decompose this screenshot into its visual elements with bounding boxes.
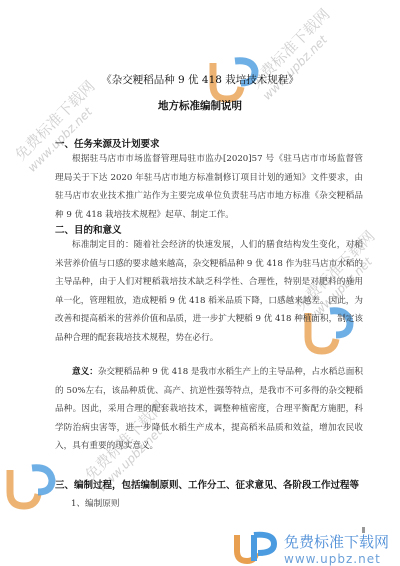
footer-site-text: 免费标准下载网 www.upbz.net: [284, 531, 389, 566]
up-logo-icon: [2, 460, 57, 515]
significance-label: 意义：: [72, 367, 98, 377]
footer-site-name: 免费标准下载网: [284, 531, 389, 552]
footer-site-url: www.upbz.net: [284, 552, 389, 566]
footer-site-logo: 免费标准下载网 www.upbz.net: [232, 531, 398, 565]
document-page: 免费标准下载网 www.upbz.net 免费标准下载网 www.upbz.ne…: [0, 0, 400, 566]
up-logo-icon: [232, 531, 282, 565]
section-2-purpose-paragraph: 标准制定目的：随着社会经济的快速发展，人们的膳食结构发生变化，对稻米营养价值与口…: [55, 236, 363, 348]
subheading-compilation-principles: 1、编制原则: [71, 497, 119, 509]
section-heading-3: 三、编制过程，包括编制原则、工作分工、征求意见、各阶段工作过程等: [55, 477, 359, 491]
section-heading-2: 二、目的和意义: [55, 222, 122, 236]
significance-text: 杂交粳稻品种 9 优 418 是我市水稻生产上的主导品种，占水稻总面积的 50%…: [55, 367, 363, 451]
section-heading-1: 一、任务来源及计划要求: [55, 136, 160, 150]
document-title: 《杂交粳稻品种 9 优 418 栽培技术规程》: [0, 72, 400, 87]
document-subtitle: 地方标准编制说明: [0, 98, 400, 113]
section-2-significance-paragraph: 意义：杂交粳稻品种 9 优 418 是我市水稻生产上的主导品种，占水稻总面积的 …: [55, 363, 363, 456]
section-1-paragraph: 根据驻马店市市场监督管理局驻市监办[2020]57 号《驻马店市市场监督管理局关…: [55, 150, 363, 224]
